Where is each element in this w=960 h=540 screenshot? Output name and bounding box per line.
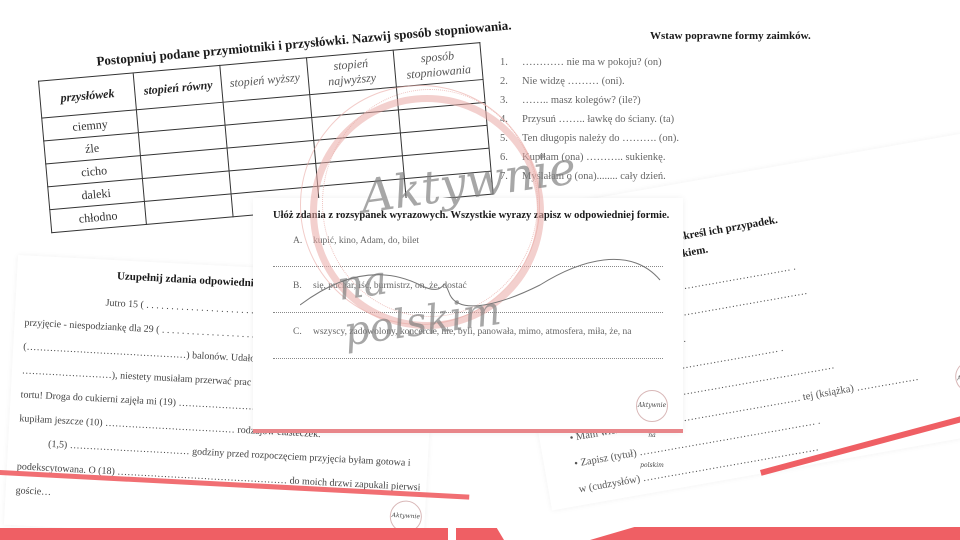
list-item: B.się, puchar, iść, burmistrz, on, że, d… — [293, 281, 467, 291]
list-item: C.wszyscy, zadowolony, koncercie, nie, b… — [293, 327, 632, 337]
list-item: 2.Nie widzę ……… (oni). — [500, 76, 679, 95]
worksheet-title: Wstaw poprawne formy zaimków. — [650, 30, 811, 42]
list-item: 6.Kupiłam (ona) ……….. sukienkę. — [500, 152, 679, 171]
list-item: 5.Ten długopis należy do ………. (on). — [500, 133, 679, 152]
worksheet-scrambled: Ułóż zdania z rozsypanek wyrazowych. Wsz… — [253, 198, 683, 433]
logo-badge: Aktywnie na polskim — [636, 390, 668, 422]
list-item: 4.Przysuń …….. ławkę do ściany. (ta) — [500, 114, 679, 133]
exercise-list: 1.………… nie ma w pokoju? (on) 2.Nie widzę… — [500, 57, 679, 190]
list-item: 3.…….. masz kolegów? (ile?) — [500, 95, 679, 114]
worksheet-title: Ułóż zdania z rozsypanek wyrazowych. Wsz… — [273, 210, 669, 221]
list-item: 1.………… nie ma w pokoju? (on) — [500, 57, 679, 76]
accent-bar — [0, 528, 448, 540]
worksheet-title: Uzupełnij zdania odpowiednimi l — [117, 270, 272, 290]
accent-bar — [456, 528, 504, 540]
accent-bar — [253, 429, 683, 433]
accent-bar — [590, 527, 960, 540]
answer-line — [273, 358, 663, 359]
answer-line — [273, 312, 663, 313]
answer-line — [273, 266, 663, 267]
list-item: A.kupić, kino, Adam, do, bilet — [293, 236, 419, 246]
logo-badge: Aktywnie na polskim — [953, 358, 960, 395]
